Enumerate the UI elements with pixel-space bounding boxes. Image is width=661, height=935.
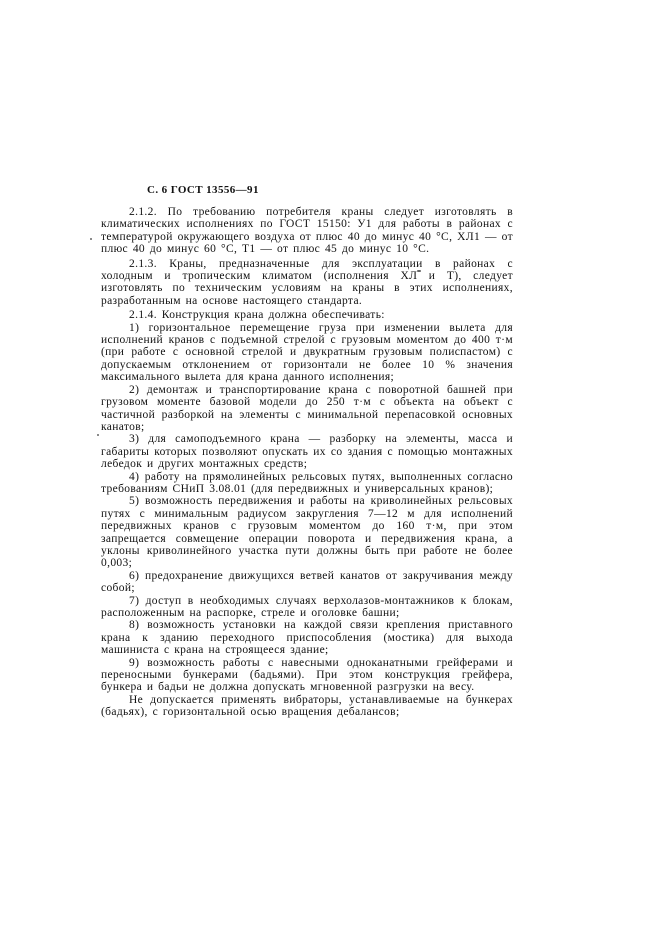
- para-note-vibrators: Не допускается применять вибраторы, уста…: [101, 694, 513, 719]
- scan-speck: [417, 270, 421, 272]
- list-item-8: 8) возможность установки на каждой связи…: [101, 619, 513, 656]
- list-item-2: 2) демонтаж и транспортирование крана с …: [101, 384, 513, 434]
- para-2-1-3: 2.1.3. Краны, предназначенные для эксплу…: [101, 258, 513, 308]
- list-item-7: 7) доступ в необходимых случаях верхолаз…: [101, 595, 513, 620]
- text-block: С. 6 ГОСТ 13556—91 2.1.2. По требованию …: [101, 184, 513, 719]
- para-2-1-4: 2.1.4. Конструкция крана должна обеспечи…: [101, 309, 513, 321]
- para-2-1-2: 2.1.2. По требованию потребителя краны с…: [101, 206, 513, 256]
- list-item-3: 3) для самоподъемного крана — разборку н…: [101, 433, 513, 470]
- list-item-1: 1) горизонтальное перемещение груза при …: [101, 322, 513, 384]
- running-head: С. 6 ГОСТ 13556—91: [147, 184, 513, 196]
- scan-speck: [97, 434, 99, 436]
- list-item-5: 5) возможность передвижения и работы на …: [101, 495, 513, 569]
- scan-speck: [90, 238, 92, 240]
- document-page: С. 6 ГОСТ 13556—91 2.1.2. По требованию …: [0, 0, 661, 935]
- list-item-9: 9) возможность работы с навесными однока…: [101, 657, 513, 694]
- list-item-6: 6) предохранение движущихся ветвей канат…: [101, 570, 513, 595]
- list-item-4: 4) работу на прямолинейных рельсовых пут…: [101, 471, 513, 496]
